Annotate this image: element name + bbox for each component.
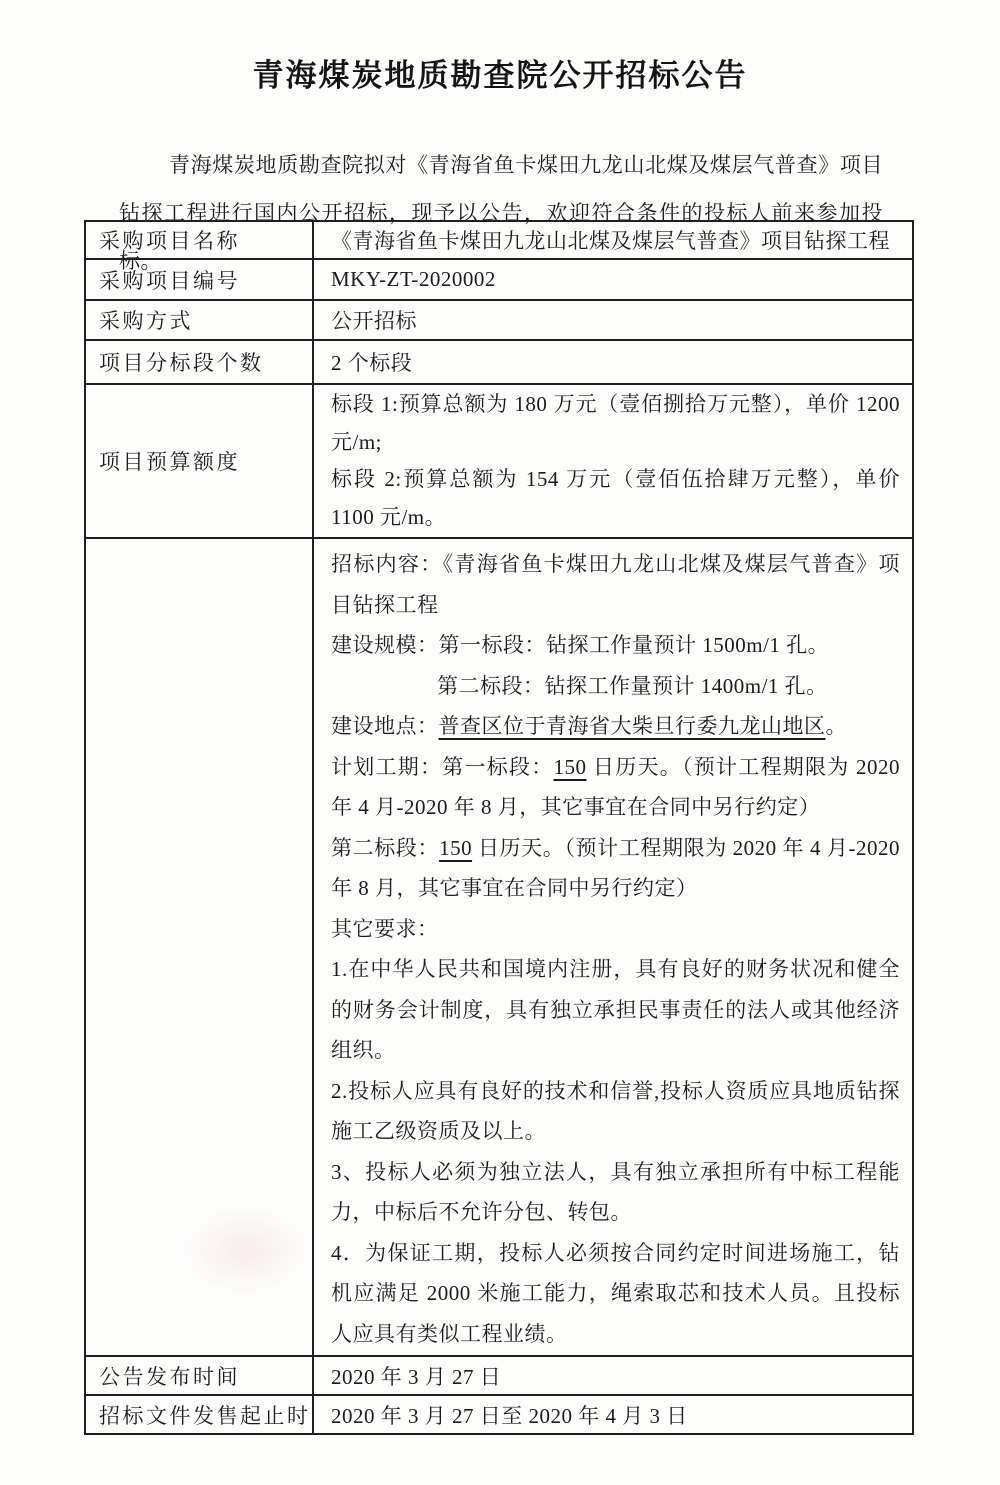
detail-text: 其它要求：	[331, 917, 439, 941]
detail-paragraph-schedule-1: 计划工期：第一标段：150 日历天。（预计工程期限为 2020 年 4 月-20…	[331, 747, 900, 828]
detail-text: 1.在中华人民共和国境内注册，具有良好的财务状况和健全的财务会计制度，具有独立承…	[331, 957, 900, 1062]
table-row-project-name: 采购项目名称 《青海省鱼卡煤田九龙山北煤及煤层气普查》项目钻探工程	[85, 221, 913, 259]
row-label: 项目分标段个数	[85, 340, 313, 384]
detail-text: 建设地点：	[331, 714, 439, 738]
table-row-detail: 招标内容：《青海省鱼卡煤田九龙山北煤及煤层气普查》项目钻探工程 建设规模：第一标…	[85, 538, 913, 1356]
row-value: 《青海省鱼卡煤田九龙山北煤及煤层气普查》项目钻探工程	[313, 221, 913, 259]
detail-paragraph-requirement-3: 3、投标人必须为独立法人，具有独立承担所有中标工程能力，中标后不允许分包、转包。	[331, 1152, 900, 1233]
detail-text: 第二标段：	[331, 836, 439, 860]
table-row-bid-sections-count: 项目分标段个数 2 个标段	[85, 340, 913, 384]
detail-paragraph-scale-1: 建设规模：第一标段：钻探工作量预计 1500m/1 孔。	[331, 625, 900, 666]
row-value-detail: 招标内容：《青海省鱼卡煤田九龙山北煤及煤层气普查》项目钻探工程 建设规模：第一标…	[313, 538, 913, 1356]
table-row-budget: 项目预算额度 标段 1:预算总额为 180 万元（壹佰捌拾万元整），单价 120…	[85, 384, 913, 538]
row-value: 2 个标段	[313, 340, 913, 384]
detail-paragraph-requirement-1: 1.在中华人民共和国境内注册，具有良好的财务状况和健全的财务会计制度，具有独立承…	[331, 949, 900, 1071]
detail-paragraph-location: 建设地点：普查区位于青海省大柴旦行委九龙山地区。	[331, 706, 900, 747]
row-label: 采购方式	[85, 300, 313, 340]
table-row-document-sale-period: 招标文件发售起止时 2020 年 3 月 27 日至 2020 年 4 月 3 …	[85, 1395, 913, 1434]
detail-text: 招标内容：《青海省鱼卡煤田九龙山北煤及煤层气普查》项目钻探工程	[331, 552, 900, 617]
row-value: MKY-ZT-2020002	[313, 259, 913, 300]
detail-paragraph-bid-content: 招标内容：《青海省鱼卡煤田九龙山北煤及煤层气普查》项目钻探工程	[331, 544, 900, 625]
detail-text: 第二标段：钻探工作量预计 1400m/1 孔。	[437, 674, 828, 698]
row-label: 招标文件发售起止时	[85, 1395, 313, 1434]
detail-text: 计划工期：第一标段：	[331, 755, 554, 779]
detail-text: 3、投标人必须为独立法人，具有独立承担所有中标工程能力，中标后不允许分包、转包。	[331, 1160, 900, 1225]
row-value: 标段 1:预算总额为 180 万元（壹佰捌拾万元整），单价 1200 元/m; …	[313, 384, 913, 538]
row-value: 公开招标	[313, 300, 913, 340]
detail-paragraph-requirement-2: 2.投标人应具有良好的技术和信誉,投标人资质应具地质钻探施工乙级资质及以上。	[331, 1071, 900, 1152]
row-value: 2020 年 3 月 27 日至 2020 年 4 月 3 日	[313, 1395, 913, 1434]
budget-line-2: 标段 2:预算总额为 154 万元（壹佰伍拾肆万元整），单价 1100 元/m。	[331, 461, 900, 536]
detail-paragraph-other-requirements-heading: 其它要求：	[331, 909, 900, 950]
document-page: 青海煤炭地质勘查院公开招标公告 青海煤炭地质勘查院拟对《青海省鱼卡煤田九龙山北煤…	[0, 0, 1000, 1485]
underlined-text: 普查区位于青海省大柴旦行委九龙山地区	[439, 714, 826, 738]
detail-text: 4．为保证工期，投标人必须按合同约定时间进场施工，钻机应满足 2000 米施工能…	[331, 1241, 900, 1346]
table-row-procurement-method: 采购方式 公开招标	[85, 300, 913, 340]
underlined-text: 150	[554, 755, 587, 779]
table-row-announcement-date: 公告发布时间 2020 年 3 月 27 日	[85, 1356, 913, 1395]
row-label-empty	[85, 538, 313, 1356]
detail-paragraph-requirement-4: 4．为保证工期，投标人必须按合同约定时间进场施工，钻机应满足 2000 米施工能…	[331, 1233, 900, 1355]
row-label: 采购项目名称	[85, 221, 313, 259]
detail-text: 建设规模：第一标段：钻探工作量预计 1500m/1 孔。	[331, 633, 829, 657]
detail-text: 2.投标人应具有良好的技术和信誉,投标人资质应具地质钻探施工乙级资质及以上。	[331, 1079, 900, 1144]
detail-paragraph-schedule-2: 第二标段：150 日历天。（预计工程期限为 2020 年 4 月-2020 年 …	[331, 828, 900, 909]
detail-text: 。	[826, 714, 848, 738]
page-title: 青海煤炭地质勘查院公开招标公告	[0, 50, 1000, 95]
detail-paragraph-scale-2: 第二标段：钻探工作量预计 1400m/1 孔。	[331, 666, 900, 707]
budget-line-1: 标段 1:预算总额为 180 万元（壹佰捌拾万元整），单价 1200 元/m;	[331, 386, 900, 461]
table-row-project-number: 采购项目编号 MKY-ZT-2020002	[85, 259, 913, 300]
row-label: 公告发布时间	[85, 1356, 313, 1395]
row-label: 项目预算额度	[85, 384, 313, 538]
row-value: 2020 年 3 月 27 日	[313, 1356, 913, 1395]
tender-info-table: 采购项目名称 《青海省鱼卡煤田九龙山北煤及煤层气普查》项目钻探工程 采购项目编号…	[84, 220, 914, 1435]
underlined-text: 150	[439, 836, 472, 860]
row-label: 采购项目编号	[85, 259, 313, 300]
